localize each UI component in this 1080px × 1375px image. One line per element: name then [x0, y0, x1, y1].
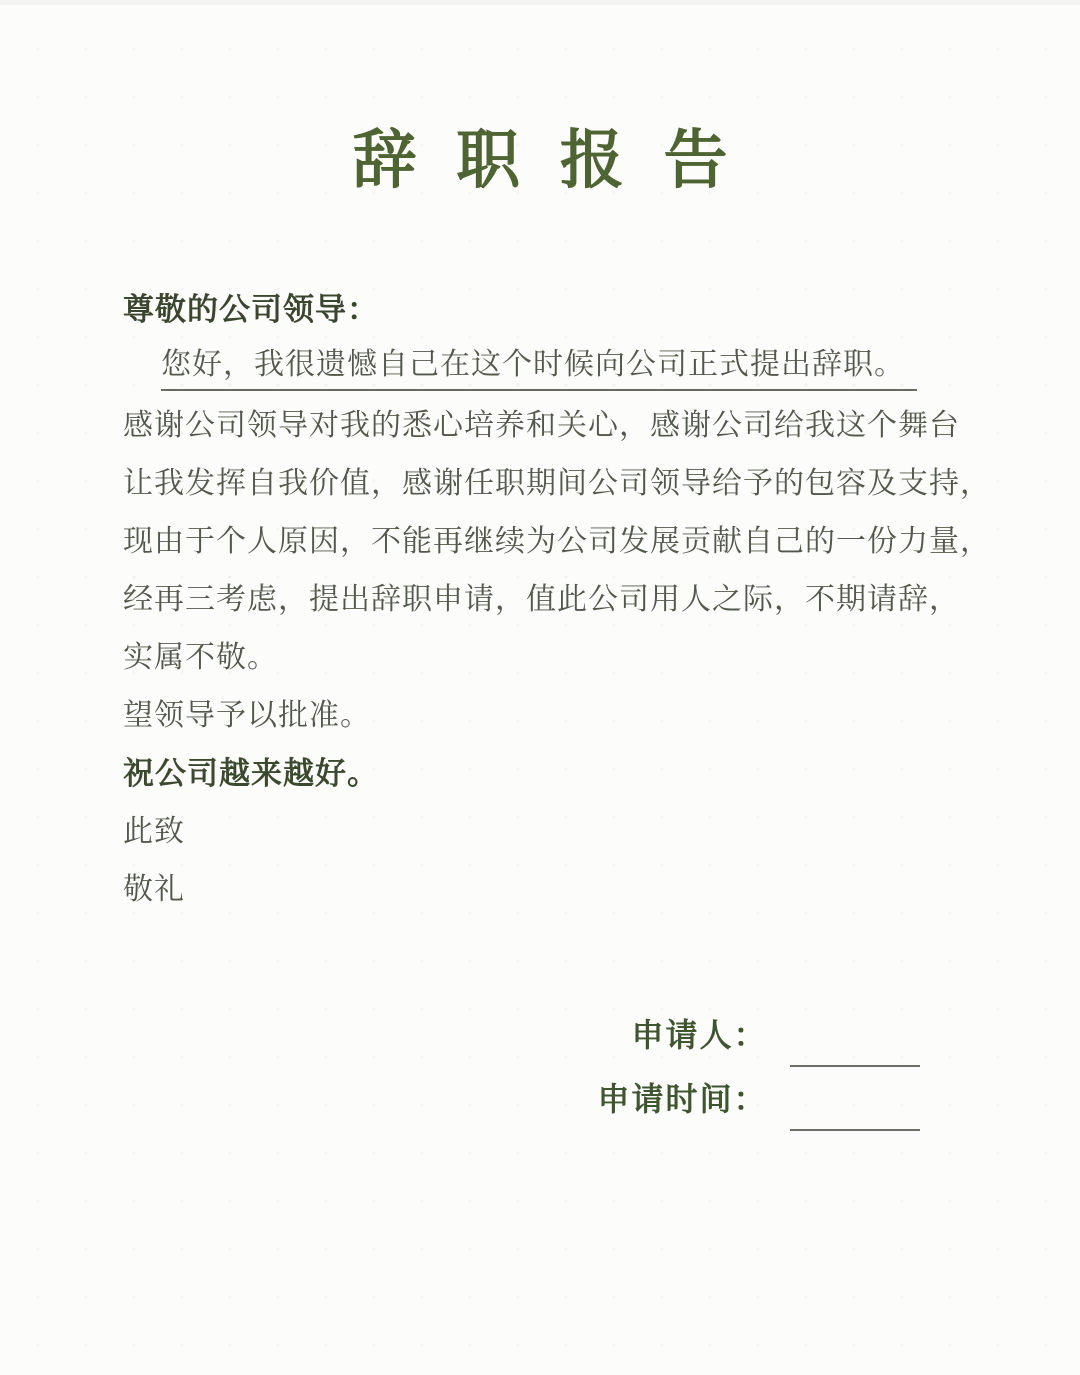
closing-jingli: 敬礼	[123, 861, 917, 919]
closing-cizhi: 此致	[123, 803, 917, 861]
resignation-letter-document: 辞职报告 尊敬的公司领导： 您好，我很遗憾自己在这个时候向公司正式提出辞职。 感…	[0, 0, 1080, 1375]
application-date-label: 申请时间：	[598, 1067, 768, 1131]
applicant-label: 申请人：	[632, 1003, 768, 1067]
applicant-blank-line	[790, 1013, 920, 1067]
application-date-row: 申请时间：	[0, 1067, 920, 1131]
salutation: 尊敬的公司领导：	[123, 281, 917, 339]
letter-body: 尊敬的公司领导： 您好，我很遗憾自己在这个时候向公司正式提出辞职。 感谢公司领导…	[0, 281, 1080, 919]
body-line: 现由于个人原因，不能再继续为公司发展贡献自己的一份力量，	[123, 513, 917, 571]
body-line: 实属不敬。	[123, 629, 917, 687]
body-line: 经再三考虑，提出辞职申请，值此公司用人之际，不期请辞，	[123, 571, 917, 629]
body-line: 感谢公司领导对我的悉心培养和关心，感谢公司给我这个舞台	[123, 397, 917, 455]
applicant-row: 申请人：	[0, 1003, 920, 1067]
body-line-approval-request: 望领导予以批准。	[123, 687, 917, 745]
application-date-blank-line	[790, 1077, 920, 1131]
signature-block: 申请人： 申请时间：	[0, 1003, 1080, 1131]
opening-sentence-underlined: 您好，我很遗憾自己在这个时候向公司正式提出辞职。	[161, 339, 917, 391]
body-line-well-wish: 祝公司越来越好。	[123, 745, 917, 803]
body-line: 让我发挥自我价值，感谢任职期间公司领导给予的包容及支持，	[123, 455, 917, 513]
document-title: 辞职报告	[0, 109, 1080, 201]
body-line-opening: 您好，我很遗憾自己在这个时候向公司正式提出辞职。	[123, 339, 917, 397]
